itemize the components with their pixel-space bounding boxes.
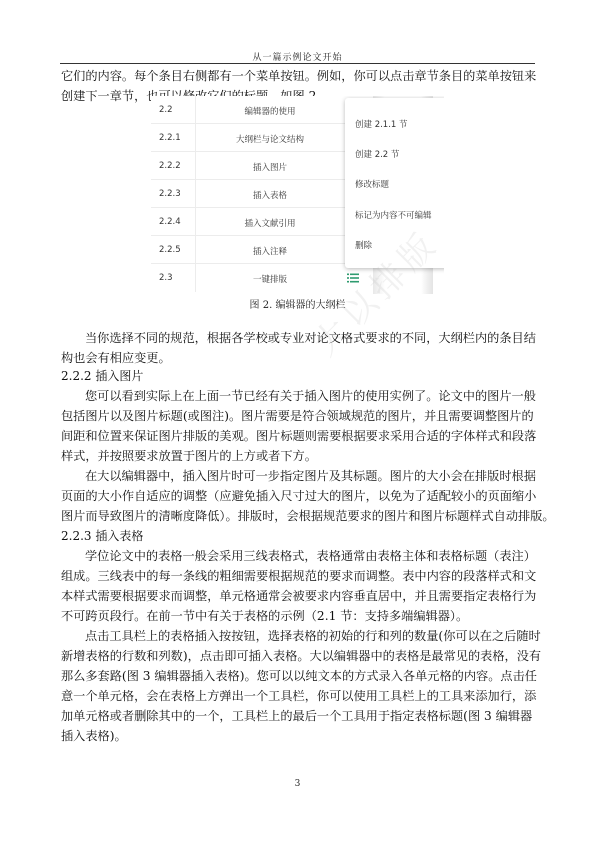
section-heading-2-2-3: 2.2.3 插入表格 (61, 526, 143, 546)
outline-row[interactable]: 2.2.5 插入注释 (151, 236, 373, 264)
text-line: 它们的内容。每个条目右侧都有一个菜单按钮。例如，你可以点击章节条目的菜单按钮来 (61, 66, 536, 86)
section-number: 2.2.5 (159, 245, 181, 255)
section-number: 2.2.1 (159, 133, 181, 143)
section-title: 插入图片 (195, 161, 345, 173)
text-line: 学位论文中的表格一般会采用三线表格式，表格通常由表格主体和表格标题（表注） (61, 546, 536, 566)
text-line: 意一个单元格，会在表格上方弹出一个工具栏，你可以使用工具栏上的工具来添加行，添 (61, 686, 536, 706)
section-title: 插入文献引用 (195, 217, 345, 229)
text-line: 间距和位置来保证图片排版的美观。图片标题则需要根据要求采用合适的字体样式和段落 (61, 426, 536, 446)
text-line: 您可以看到实际上在上面一节已经有关于插入图片的使用实例了。论文中的图片一般 (61, 386, 536, 406)
text-line: 包括图片以及图片标题(或图注)。图片需要是符合领域规范的图片，并且需要调整图片的 (61, 406, 536, 426)
figure-caption: 图 2. 编辑器的大纲栏 (0, 296, 595, 311)
paragraph-insert-image-2: 在大以编辑器中，插入图片时可一步指定图片及其标题。图片的大小会在排版时根据 页面… (61, 466, 536, 526)
menu-item-rename[interactable]: 修改标题 (355, 178, 389, 192)
text-line: 本样式需要根据要求而调整，单元格通常会被要求内容垂直居中，并且需要指定表格行为 (61, 586, 536, 606)
paragraph-insert-table-2: 点击工具栏上的表格插入按按钮，选择表格的初始的行和列的数量(你可以在之后随时 新… (61, 626, 536, 746)
section-number: 2.2 (159, 105, 173, 115)
section-title: 大纲栏与论文结构 (195, 133, 345, 145)
text-line: 图片而导致图片的清晰度降低）。排版时，会根据规范要求的图片和图片标题样式自动排版… (61, 506, 536, 526)
section-number: 2.2.2 (159, 161, 181, 171)
section-title: 编辑器的使用 (195, 105, 345, 117)
outline-list: 2.2 编辑器的使用 2.2.1 大纲栏与论文结构 2.2.2 插入图片 2.2… (151, 96, 373, 292)
outline-row[interactable]: 2.2.1 大纲栏与论文结构 (151, 124, 373, 152)
section-number: 2.2.4 (159, 217, 181, 227)
section-number: 2.3 (159, 273, 173, 283)
text-line: 插入表格)。 (61, 726, 536, 746)
text-line: 构也会有相应变更。 (61, 348, 536, 368)
text-line: 不可跨页段行。在前一节中有关于表格的示例（2.1 节：支持多端编辑器）。 (61, 606, 536, 626)
text-line: 新增表格的行数和列数)，点击即可插入表格。大以编辑器中的表格是最常见的表格，没有 (61, 646, 536, 666)
outline-row[interactable]: 2.2.4 插入文献引用 (151, 208, 373, 236)
text-line: 页面的大小作自适应的调整（应避免插入尺寸过大的图片，以免为了适配较小的页面缩小 (61, 486, 536, 506)
text-line: 当你选择不同的规范，根据各学校或专业对论文格式要求的不同，大纲栏内的条目结 (61, 328, 536, 348)
paragraph-outline-variation: 当你选择不同的规范，根据各学校或专业对论文格式要求的不同，大纲栏内的条目结 构也… (61, 328, 536, 368)
section-title: 插入表格 (195, 189, 345, 201)
section-number: 2.2.3 (159, 189, 181, 199)
outline-row[interactable]: 2.3 一键排版 (151, 264, 373, 292)
text-line: 那么多套路(图 3 编辑器插入表格)。您可以以纯文本的方式录入各单元格的内容。点… (61, 666, 536, 686)
menu-item-delete[interactable]: 删除 (355, 239, 372, 253)
running-header: 从一篇示例论文开始 (0, 50, 595, 63)
page-number: 3 (0, 779, 595, 789)
text-line: 加单元格或者删除其中的一个，工具栏上的最后一个工具用于指定表格标题(图 3 编辑… (61, 706, 536, 726)
section-heading-2-2-2: 2.2.2 插入图片 (61, 366, 143, 386)
outline-row[interactable]: 2.2.3 插入表格 (151, 180, 373, 208)
section-title: 一键排版 (195, 273, 345, 285)
outline-row[interactable]: 2.2 编辑器的使用 (151, 96, 373, 124)
header-rule (60, 63, 535, 64)
paragraph-insert-image-1: 您可以看到实际上在上面一节已经有关于插入图片的使用实例了。论文中的图片一般 包括… (61, 386, 536, 466)
menu-item-lock[interactable]: 标记为内容不可编辑 (355, 209, 432, 223)
text-line: 组成。三线表中的每一条线的粗细需要根据规范的要求而调整。表中内容的段落样式和文 (61, 566, 536, 586)
menu-item-create-sibling[interactable]: 创建 2.2 节 (355, 148, 399, 162)
menu-item-create-child[interactable]: 创建 2.1.1 节 (355, 118, 408, 132)
text-line: 样式，并按照要求放置于图片的上方或者下方。 (61, 446, 536, 466)
text-line: 在大以编辑器中，插入图片时可一步指定图片及其标题。图片的大小会在排版时根据 (61, 466, 536, 486)
outline-row[interactable]: 2.2.2 插入图片 (151, 152, 373, 180)
paragraph-insert-table-1: 学位论文中的表格一般会采用三线表格式，表格通常由表格主体和表格标题（表注） 组成… (61, 546, 536, 626)
section-title: 插入注释 (195, 245, 345, 257)
text-line: 点击工具栏上的表格插入按按钮，选择表格的初始的行和列的数量(你可以在之后随时 (61, 626, 536, 646)
